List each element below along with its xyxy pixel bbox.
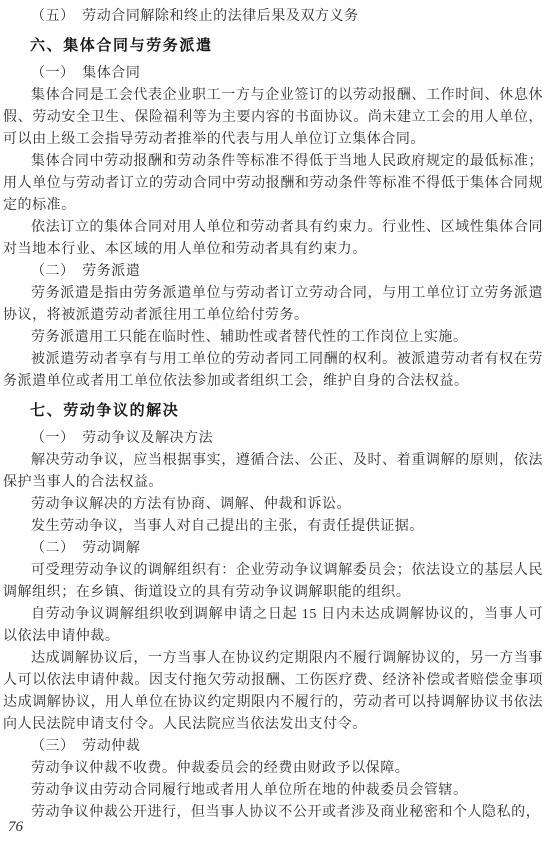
paragraph: 劳务派遣用工只能在临时性、辅助性或者替代性的工作岗位上实施。: [3, 327, 543, 349]
subsection-heading-collective-contract: （一） 集体合同: [3, 63, 543, 85]
paragraph: 劳动争议仲裁不收费。仲裁委员会的经费由财政予以保障。: [3, 758, 543, 780]
paragraph: 集体合同中劳动报酬和劳动条件等标准不得低于当地人民政府规定的最低标准；用人单位与…: [3, 151, 543, 217]
subsection-heading-labor-dispatch: （二） 劳务派遣: [3, 261, 543, 283]
section-heading-7: 七、劳动争议的解决: [3, 400, 543, 422]
paragraph: 集体合同是工会代表企业职工一方与企业签订的以劳动报酬、工作时间、休息休假、劳动安…: [3, 85, 543, 151]
subsection-heading-labor-arbitration: （三） 劳动仲裁: [3, 736, 543, 758]
paragraph: 自劳动争议调解组织收到调解申请之日起 15 日内未达成调解协议的，当事人可以依法…: [3, 604, 543, 648]
paragraph: 劳动争议由劳动合同履行地或者用人单位所在地的仲裁委员会管辖。: [3, 780, 543, 802]
subsection-item-5: （五） 劳动合同解除和终止的法律后果及双方义务: [3, 6, 543, 28]
document-page: （五） 劳动合同解除和终止的法律后果及双方义务 六、集体合同与劳务派遣 （一） …: [0, 0, 548, 844]
section-heading-6: 六、集体合同与劳务派遣: [3, 35, 543, 57]
paragraph: 被派遣劳动者享有与用工单位的劳动者同工同酬的权利。被派遣劳动者有权在劳务派遣单位…: [3, 349, 543, 393]
subsection-heading-dispute-methods: （一） 劳动争议及解决方法: [3, 428, 543, 450]
paragraph: 达成调解协议后，一方当事人在协议约定期限内不履行调解协议的，另一方当事人可以依法…: [3, 648, 543, 736]
paragraph: 劳动争议解决的方法有协商、调解、仲裁和诉讼。: [3, 494, 543, 516]
paragraph: 解决劳动争议，应当根据事实，遵循合法、公正、及时、着重调解的原则，依法保护当事人…: [3, 450, 543, 494]
paragraph: 劳动争议仲裁公开进行，但当事人协议不公开或者涉及商业秘密和个人隐私的，: [3, 802, 543, 824]
paragraph: 劳务派遣是指由劳务派遣单位与劳动者订立劳动合同，与用工单位订立劳务派遣协议，将被…: [3, 283, 543, 327]
page-number: 76: [8, 816, 23, 838]
paragraph: 发生劳动争议，当事人对自己提出的主张，有责任提供证据。: [3, 516, 543, 538]
subsection-heading-labor-mediation: （二） 劳动调解: [3, 538, 543, 560]
paragraph: 可受理劳动争议的调解组织有：企业劳动争议调解委员会；依法设立的基层人民调解组织；…: [3, 560, 543, 604]
paragraph: 依法订立的集体合同对用人单位和劳动者具有约束力。行业性、区域性集体合同对当地本行…: [3, 217, 543, 261]
